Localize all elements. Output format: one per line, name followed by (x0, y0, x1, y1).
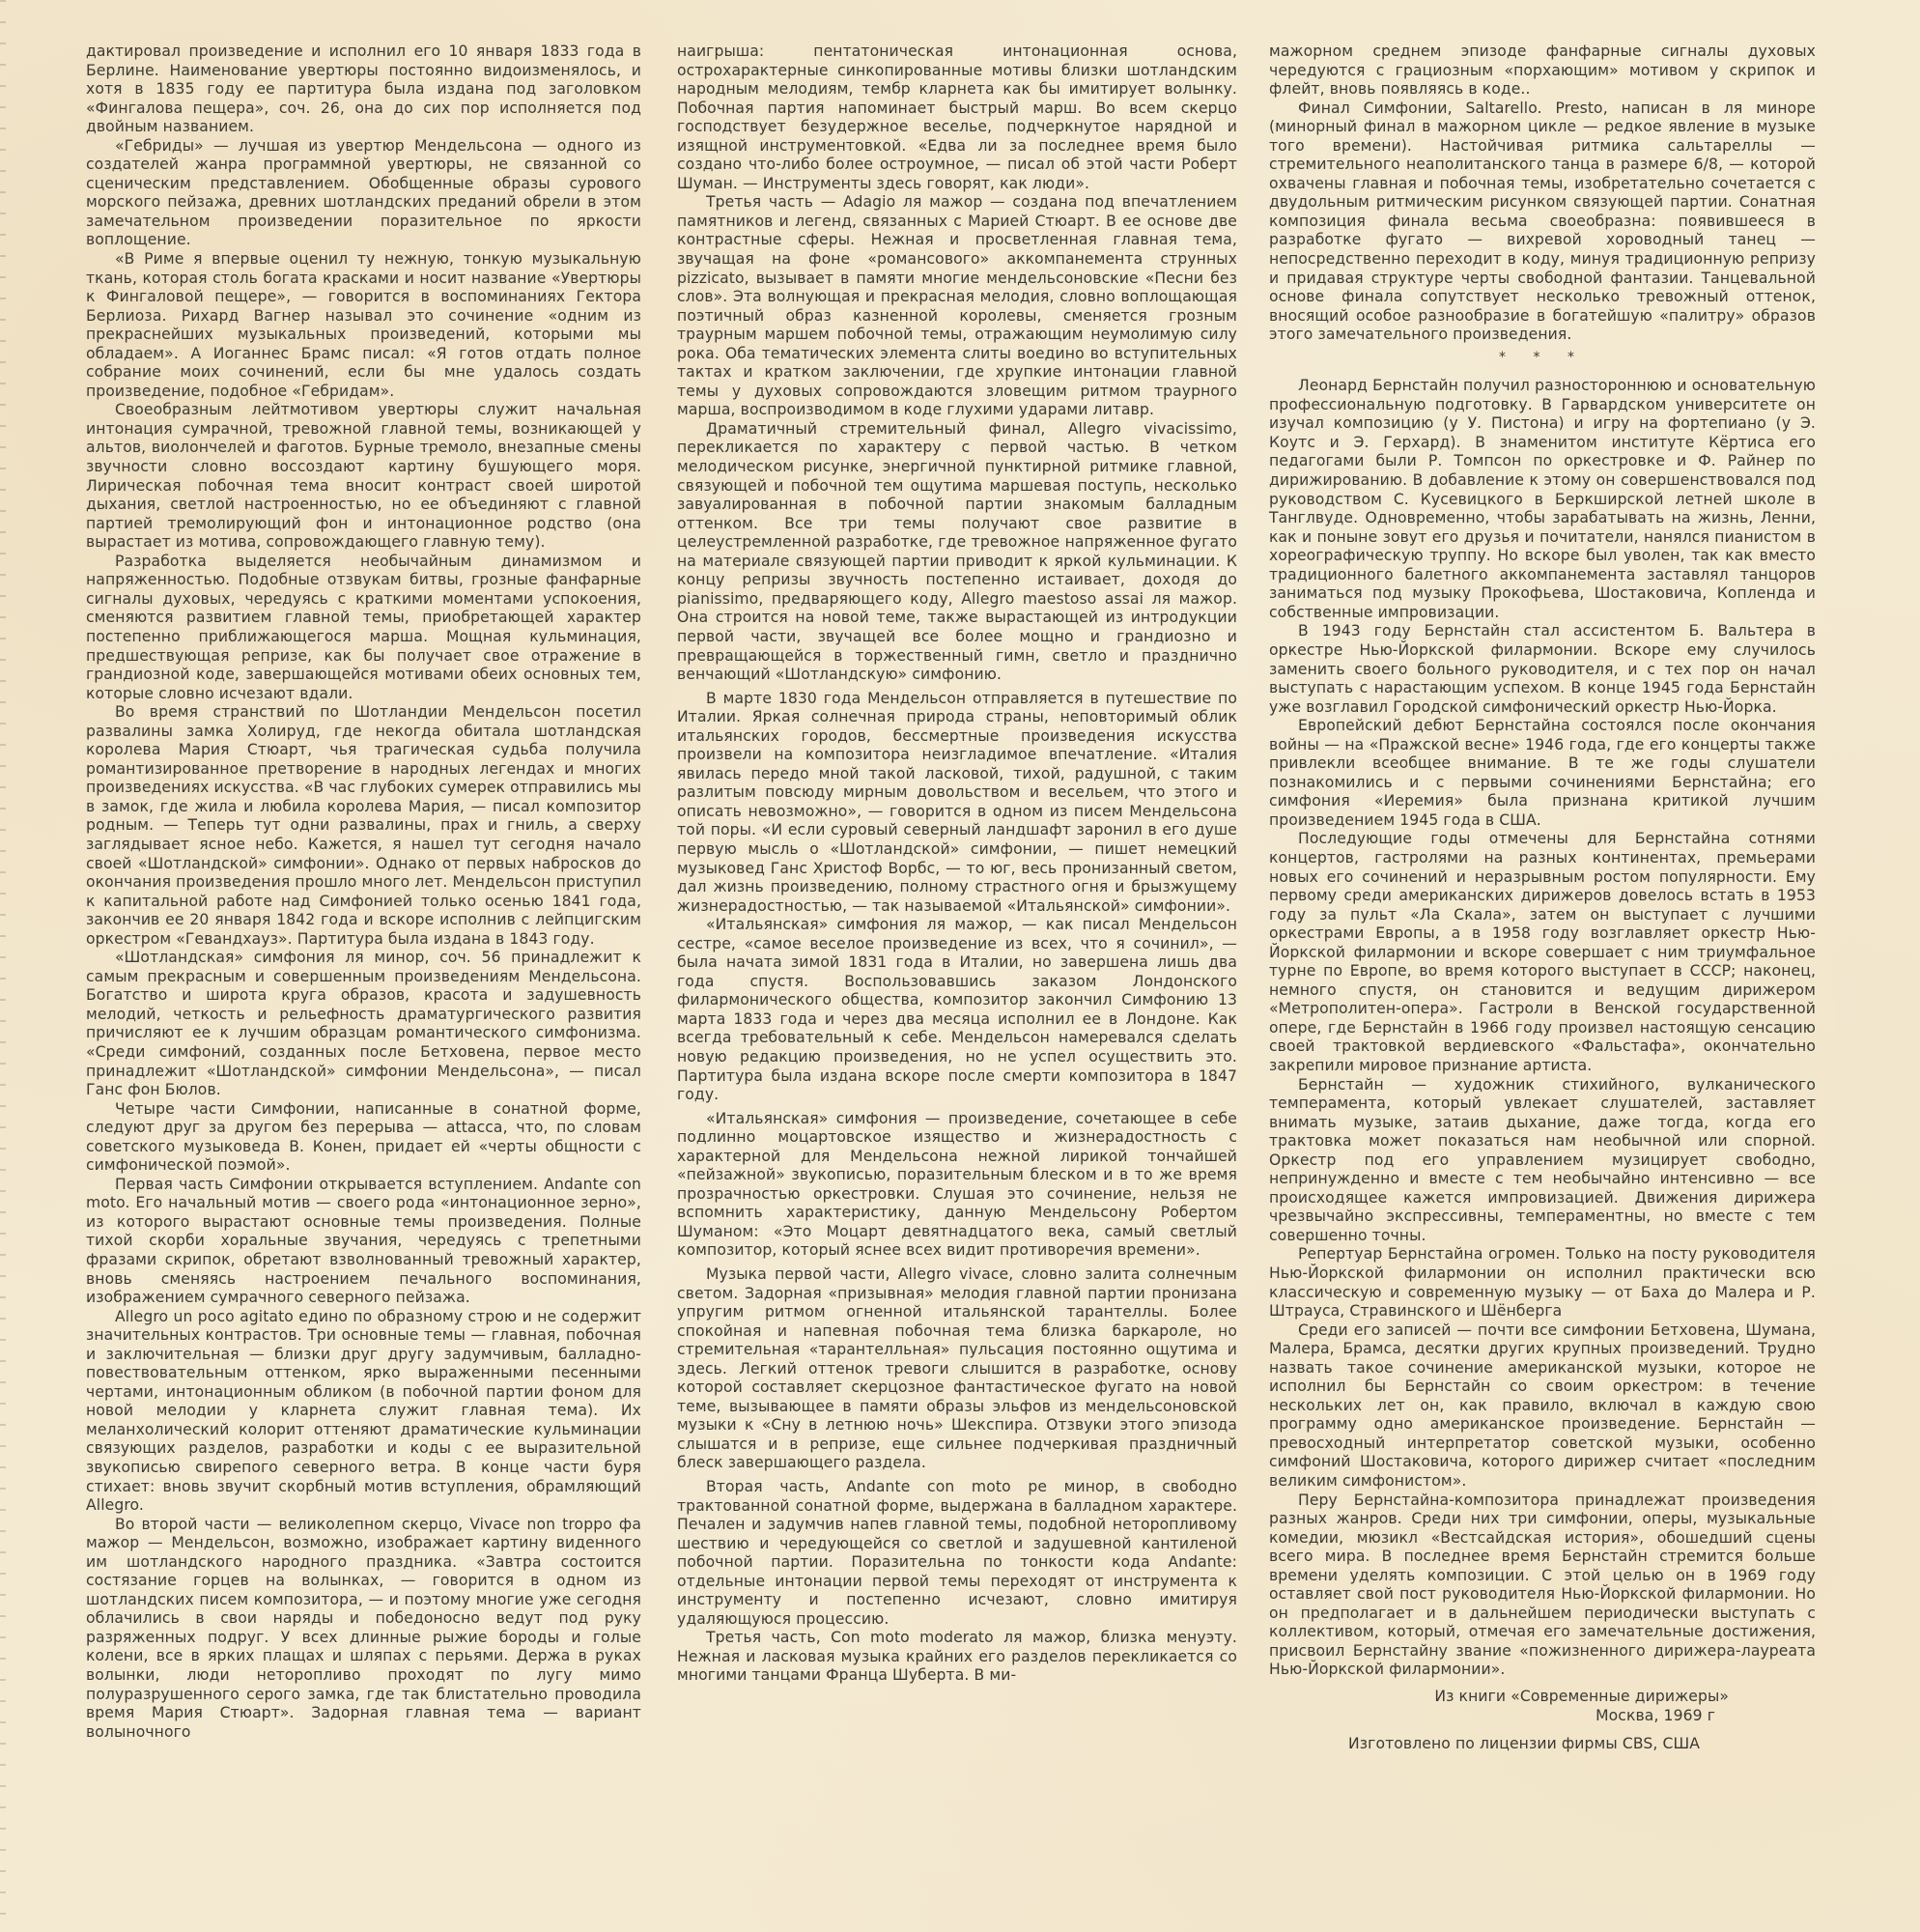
paragraph: Allegro un poco agitato едино по образно… (86, 1308, 641, 1516)
paragraph: Музыка первой части, Allegro vivace, сло… (677, 1265, 1237, 1473)
paragraph: Четыре части Симфонии, написанные в сона… (86, 1100, 641, 1176)
paragraph: Бернстайн — художник стихийного, вулкани… (1269, 1076, 1816, 1246)
license-note: Изготовлено по лицензии фирмы CBS, США (1269, 1735, 1816, 1754)
paragraph: «Гебриды» — лучшая из увертюр Мендельсон… (86, 137, 641, 250)
column-3: мажорном среднем эпизоде фанфарные сигна… (1269, 43, 1816, 1754)
paragraph: Первая часть Симфонии открывается вступл… (86, 1176, 641, 1308)
paragraph: Во второй части — великолепном скерцо, V… (86, 1516, 641, 1743)
paragraph: Европейский дебют Бернстайна состоялся п… (1269, 717, 1816, 830)
paragraph: «Итальянская» симфония — произведение, с… (677, 1110, 1237, 1261)
paragraph: «Шотландская» симфония ля минор, соч. 56… (86, 949, 641, 1099)
paragraph: В 1943 году Бернстайн стал ассистентом Б… (1269, 622, 1816, 717)
section-separator-asterisks: * * * (1269, 349, 1816, 368)
paragraph: Драматичный стремительный финал, Allegro… (677, 420, 1237, 685)
paragraph: Третья часть, Con moto moderato ля мажор… (677, 1629, 1237, 1686)
paragraph: «Итальянская» симфония ля мажор, — как п… (677, 916, 1237, 1104)
paragraph: В марте 1830 года Мендельсон отправляетс… (677, 690, 1237, 917)
paragraph: Леонард Бернстайн получил разностороннюю… (1269, 377, 1816, 622)
paragraph: дактировал произведение и исполнил его 1… (86, 43, 641, 137)
paragraph: мажорном среднем эпизоде фанфарные сигна… (1269, 43, 1816, 99)
paragraph: Перу Бернстайна-композитора принадлежат … (1269, 1492, 1816, 1680)
column-2: наигрыша: пентатоническая интонационная … (677, 43, 1237, 1686)
paragraph: Финал Симфонии, Saltarello. Presto, напи… (1269, 99, 1816, 345)
paragraph: Вторая часть, Andante con moto ре минор,… (677, 1478, 1237, 1629)
paragraph: Последующие годы отмечены для Бернстайна… (1269, 830, 1816, 1075)
source-city-year: Москва, 1969 г (1269, 1707, 1816, 1726)
paragraph: «В Риме я впервые оценил ту нежную, тонк… (86, 250, 641, 401)
source-citation: Из книги «Современные дирижеры» (1269, 1688, 1816, 1707)
paragraph: Среди его записей — почти все симфонии Б… (1269, 1321, 1816, 1492)
paragraph: Во время странствий по Шотландии Мендель… (86, 703, 641, 949)
paragraph: Разработка выделяется необычайным динами… (86, 553, 641, 703)
perforated-left-edge (0, 0, 6, 1932)
column-1: дактировал произведение и исполнил его 1… (86, 43, 641, 1742)
paragraph: Репертуар Бернстайна огромен. Только на … (1269, 1245, 1816, 1321)
paragraph: Своеобразным лейтмотивом увертюры служит… (86, 401, 641, 552)
paragraph: наигрыша: пентатоническая интонационная … (677, 43, 1237, 193)
liner-notes-page: дактировал произведение и исполнил его 1… (0, 0, 1920, 1932)
paragraph: Третья часть — Adagio ля мажор — создана… (677, 193, 1237, 420)
